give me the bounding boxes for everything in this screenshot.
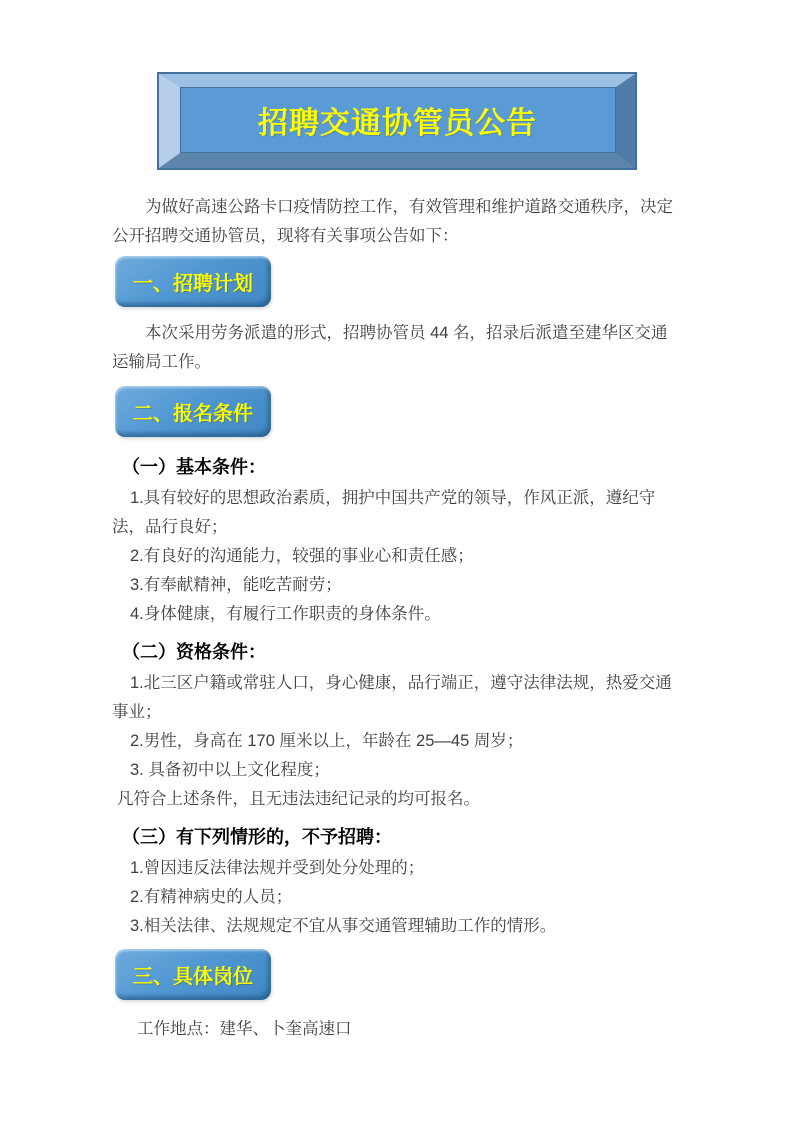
- document-content: 为做好高速公路卡口疫情防控工作，有效管理和维护道路交通秩序，决定公开招聘交通协管…: [0, 193, 793, 1044]
- document-page: 招聘交通协管员公告 为做好高速公路卡口疫情防控工作，有效管理和维护道路交通秩序，…: [0, 0, 793, 1122]
- recruitment-plan-paragraph: 本次采用劳务派遣的形式，招聘协管员 44 名，招录后派遣至建华区交通运输局工作。: [112, 319, 682, 377]
- list-item: 3.相关法律、法规规定不宜从事交通管理辅助工作的情形。: [112, 912, 682, 941]
- section-header-recruitment-plan: 一、招聘计划: [115, 256, 271, 307]
- section-header-label: 一、招聘计划: [133, 267, 253, 296]
- subsection-heading-qualification-conditions: （二）资格条件：: [112, 637, 682, 667]
- section-header-label: 二、报名条件: [133, 397, 253, 426]
- subsection-heading-disqualifying-conditions: （三）有下列情形的，不予招聘：: [112, 822, 682, 852]
- work-location-line: 工作地点：建华、卜奎高速口: [112, 1015, 682, 1044]
- intro-paragraph: 为做好高速公路卡口疫情防控工作，有效管理和维护道路交通秩序，决定公开招聘交通协管…: [112, 193, 682, 251]
- section-header-label: 三、具体岗位: [133, 960, 253, 989]
- list-item: 1.北三区户籍或常驻人口，身心健康，品行端正，遵守法律法规，热爱交通事业；: [112, 669, 682, 727]
- list-item: 2.男性，身高在 170 厘米以上，年龄在 25—45 周岁；: [112, 727, 682, 756]
- subsection-heading-basic-conditions: （一）基本条件：: [112, 452, 682, 482]
- list-item: 3. 具备初中以上文化程度；: [112, 756, 682, 785]
- qualification-note: 凡符合上述条件，且无违法违纪记录的均可报名。: [112, 785, 682, 814]
- list-item: 1.具有较好的思想政治素质，拥护中国共产党的领导，作风正派，遵纪守法，品行良好；: [112, 484, 682, 542]
- list-item: 3.有奉献精神，能吃苦耐劳；: [112, 571, 682, 600]
- list-item: 4.身体健康，有履行工作职责的身体条件。: [112, 600, 682, 629]
- list-item: 2.有精神病史的人员；: [112, 883, 682, 912]
- section-header-specific-positions: 三、具体岗位: [115, 949, 271, 1000]
- list-item: 1.曾因违反法律法规并受到处分处理的；: [112, 854, 682, 883]
- list-item: 2.有良好的沟通能力，较强的事业心和责任感；: [112, 542, 682, 571]
- page-title: 招聘交通协管员公告: [258, 98, 537, 142]
- title-banner: 招聘交通协管员公告: [159, 74, 635, 168]
- section-header-application-conditions: 二、报名条件: [115, 386, 271, 437]
